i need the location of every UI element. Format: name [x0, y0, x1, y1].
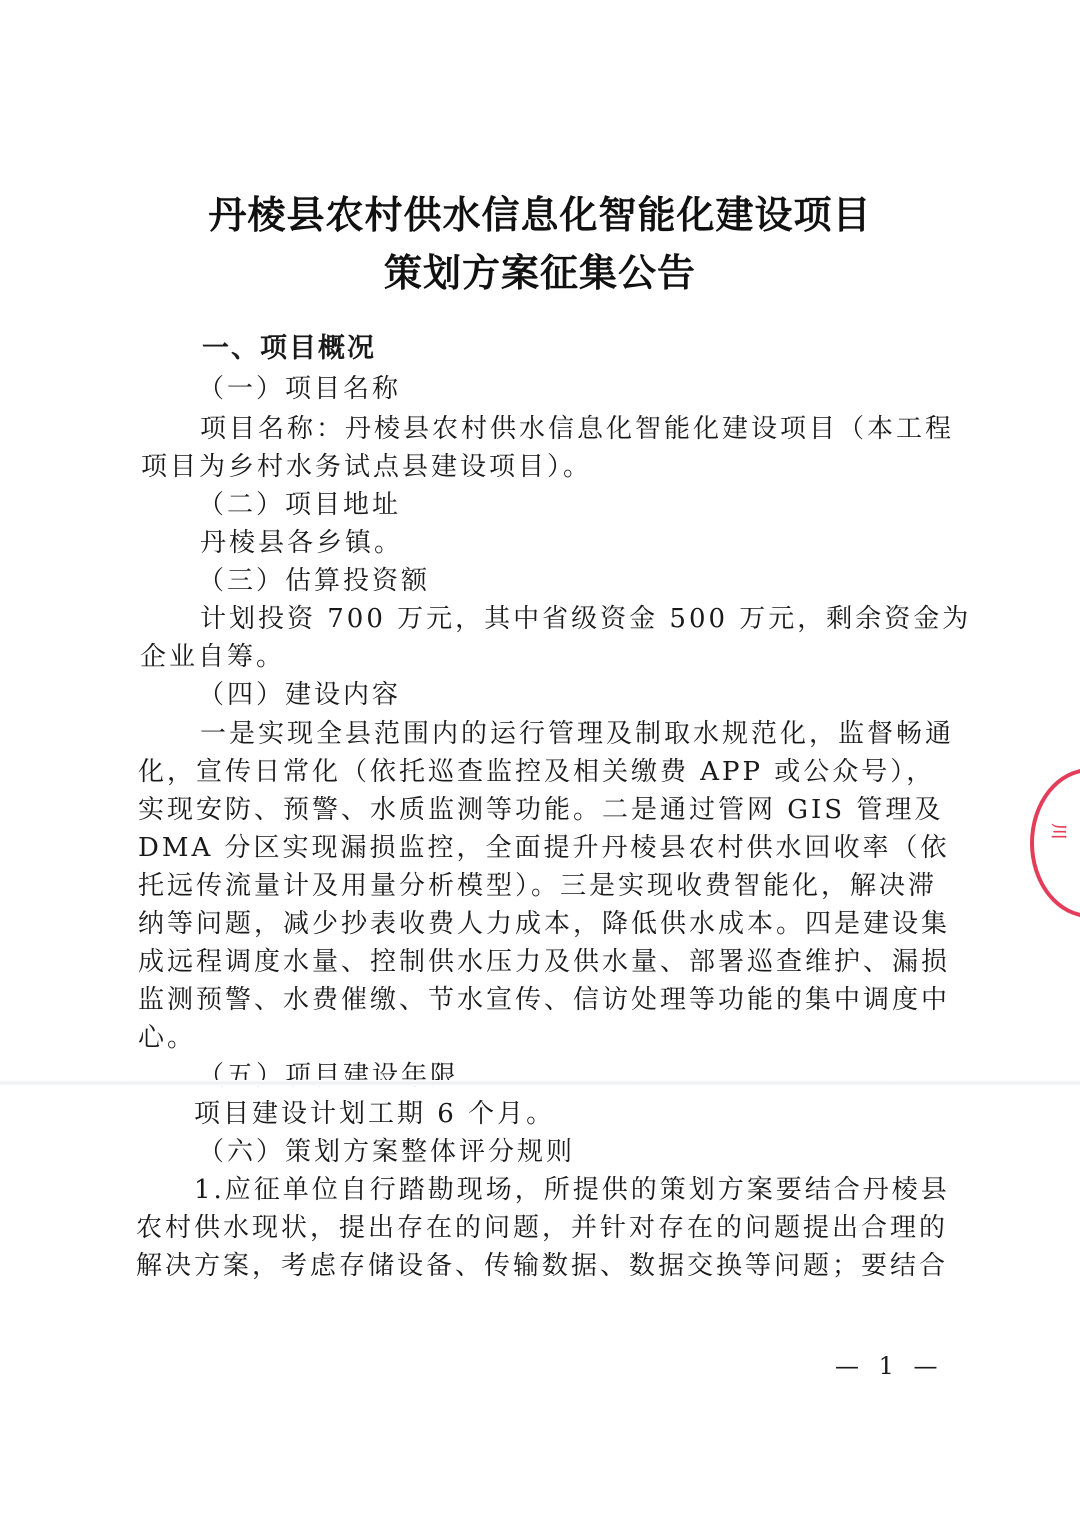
- paragraph-line: 实现安防、预警、水质监测等功能。二是通过管网 GIS 管理及: [138, 791, 943, 829]
- paragraph-line: 企业自筹。: [140, 638, 285, 676]
- document-title-line1: 丹棱县农村供水信息化智能化建设项目: [0, 184, 1080, 239]
- document-title-line2: 策划方案征集公告: [0, 242, 1080, 297]
- paragraph-line: 项目建设计划工期 6 个月。: [194, 1095, 555, 1133]
- paragraph-line: 一是实现全县范围内的运行管理及制取水规范化，监督畅通: [200, 715, 954, 753]
- subheading-project-name: （一）项目名称: [198, 370, 401, 408]
- paragraph-line: 托远传流量计及用量分析模型）。三是实现收费智能化，解决滞: [138, 867, 937, 905]
- paragraph-line: DMA 分区实现漏损监控，全面提升丹棱县农村供水回收率（依: [138, 829, 950, 867]
- official-seal-stamp: [1030, 768, 1080, 918]
- subheading-project-address: （二）项目地址: [198, 486, 401, 524]
- paragraph-line: 监测预警、水费催缴、节水宣传、信访处理等功能的集中调度中: [138, 981, 950, 1019]
- page-number: — 1 —: [835, 1352, 944, 1380]
- paragraph-line: 项目名称：丹棱县农村供水信息化智能化建设项目（本工程: [200, 410, 954, 448]
- paragraph-line: 丹棱县各乡镇。: [200, 524, 403, 562]
- paragraph-line: 纳等问题，减少抄表收费人力成本，降低供水成本。四是建设集: [138, 905, 950, 943]
- paragraph-line: 农村供水现状，提出存在的问题，并针对存在的问题提出合理的: [136, 1209, 948, 1247]
- paragraph-line: 计划投资 700 万元，其中省级资金 500 万元，剩余资金为: [200, 600, 971, 638]
- scan-seam: [0, 1080, 1080, 1086]
- paragraph-line: 解决方案，考虑存储设备、传输数据、数据交换等问题；要结合: [136, 1247, 948, 1285]
- paragraph-line: 1.应征单位自行踏勘现场，所提供的策划方案要结合丹棱县: [194, 1171, 950, 1209]
- subheading-construction-content: （四）建设内容: [198, 676, 401, 714]
- paragraph-line: 成远程调度水量、控制供水压力及供水量、部署巡查维护、漏损: [138, 943, 950, 981]
- subheading-investment: （三）估算投资额: [198, 562, 430, 600]
- document-page: 丹棱县农村供水信息化智能化建设项目 策划方案征集公告 一、项目概况 （一）项目名…: [0, 0, 1080, 1527]
- section-heading-overview: 一、项目概况: [202, 330, 376, 368]
- subheading-construction-period: （五）项目建设年限: [198, 1057, 459, 1095]
- paragraph-line: 化，宣传日常化（依托巡查监控及相关缴费 APP 或公众号），: [138, 753, 935, 791]
- seal-mark: 川: [1049, 823, 1072, 839]
- paragraph-line: 项目为乡村水务试点县建设项目）。: [141, 448, 592, 486]
- subheading-scoring-rules: （六）策划方案整体评分规则: [198, 1133, 575, 1171]
- paragraph-line: 心。: [138, 1019, 196, 1057]
